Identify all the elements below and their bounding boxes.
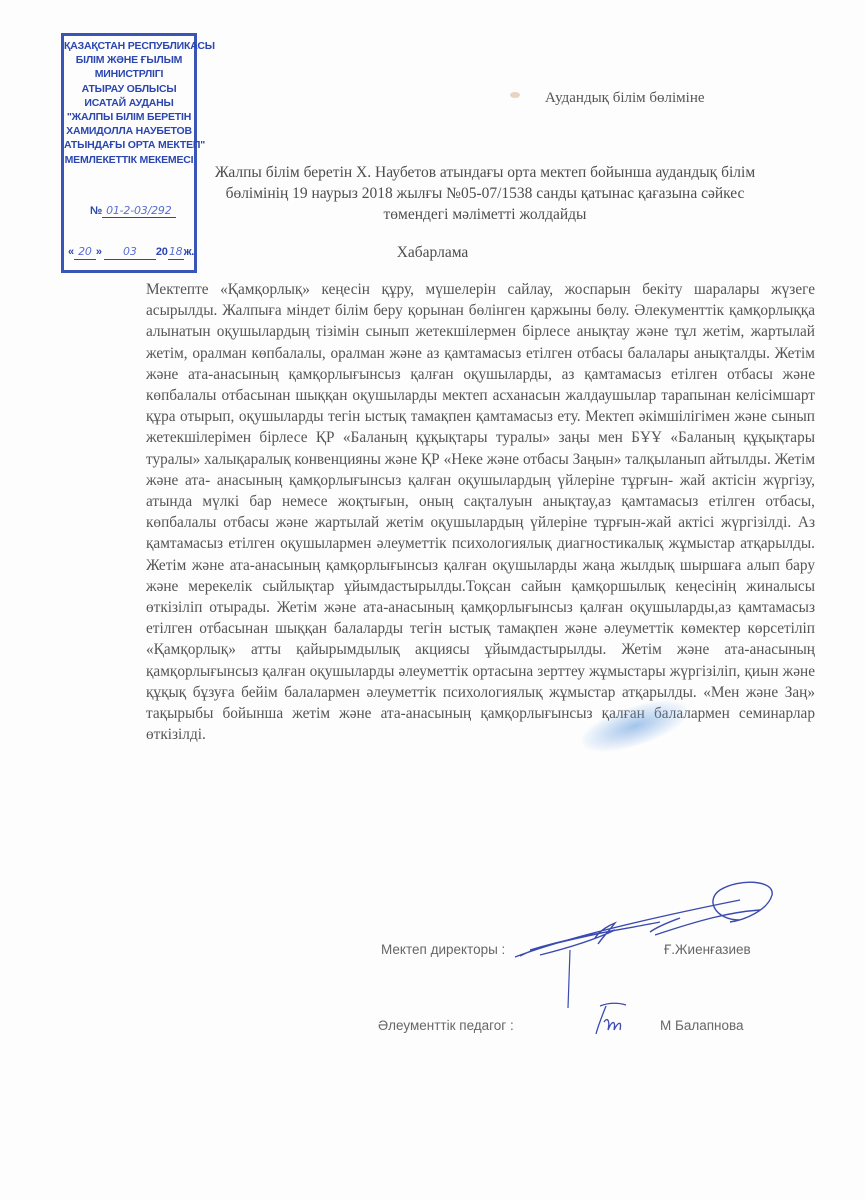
- director-signature-icon: [500, 880, 780, 1020]
- intro-line: Жалпы білім беретін Х. Наубетов атындағы…: [150, 162, 820, 183]
- paper-mark: [510, 92, 520, 98]
- number-prefix: №: [90, 205, 102, 217]
- stamp-line: БІЛІМ ЖӘНЕ ҒЫЛЫМ: [64, 53, 194, 67]
- document-title: Хабарлама: [0, 244, 865, 262]
- pedagogue-name: М Балапнова: [660, 1018, 744, 1033]
- stamp-line: ҚАЗАҚСТАН РЕСПУБЛИКАСЫ: [64, 39, 194, 53]
- director-label: Мектеп директоры :: [381, 942, 505, 957]
- stamp-line: АТЫНДАҒЫ ОРТА МЕКТЕП": [64, 138, 194, 152]
- stamp-line: ХАМИДОЛЛА НАУБЕТОВ: [64, 124, 194, 138]
- stamp-line: "ЖАЛПЫ БІЛІМ БЕРЕТІН: [64, 110, 194, 124]
- stamp-line: ИСАТАЙ АУДАНЫ: [64, 96, 194, 110]
- addressee: Аудандық білім бөліміне: [545, 90, 705, 107]
- document-body: Мектепте «Қамқорлық» кеңесін құру, мүшел…: [146, 279, 815, 745]
- official-stamp: ҚАЗАҚСТАН РЕСПУБЛИКАСЫ БІЛІМ ЖӘНЕ ҒЫЛЫМ …: [61, 33, 197, 273]
- stamp-line: АТЫРАУ ОБЛЫСЫ: [64, 82, 194, 96]
- intro-paragraph: Жалпы білім беретін Х. Наубетов атындағы…: [150, 162, 820, 225]
- pedagogue-label: Әлеументтік педагог :: [378, 1018, 514, 1033]
- pedagogue-signature-icon: [592, 1000, 632, 1040]
- stamp-line: МИНИСТРЛІГІ: [64, 67, 194, 81]
- intro-line: бөлімінің 19 наурыз 2018 жылғы №05-07/15…: [150, 183, 820, 204]
- intro-line: төмендегі мәліметті жолдайды: [150, 204, 820, 225]
